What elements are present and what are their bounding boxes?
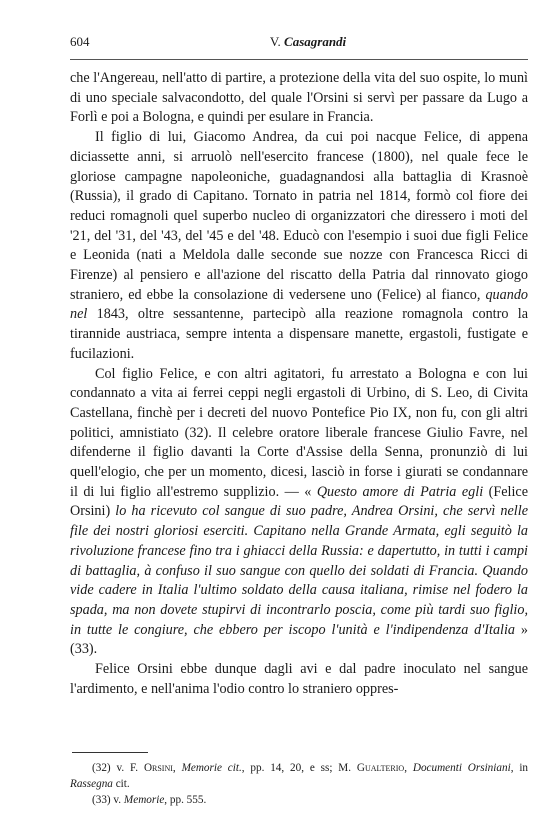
italic-quote-text: lo ha ricevuto col sangue di suo padre, …: [70, 503, 528, 637]
footnote-text: , pp. 555.: [164, 794, 206, 806]
footnote-text: ,: [404, 762, 413, 774]
author-initial: V.: [270, 34, 281, 49]
body-text: che l'Angereau, nell'atto di partire, a …: [70, 69, 528, 700]
footnote-rule: [72, 752, 148, 753]
body-paragraph: che l'Angereau, nell'atto di partire, a …: [70, 69, 528, 128]
footnote-text: Gualterio: [357, 762, 404, 774]
page-header: 604 V. Casagrandi: [70, 34, 528, 54]
italic-quote-text: Questo amore di Patria egli: [317, 484, 483, 500]
running-title: V. Casagrandi: [70, 34, 528, 50]
footnote-text: (33) v.: [92, 794, 124, 806]
header-rule: [70, 59, 528, 60]
paragraph-text: Felice Orsini ebbe dunque dagli avi e da…: [70, 661, 528, 697]
footnote-text: Memorie: [124, 794, 164, 806]
paragraph-text: Il figlio di lui, Giacomo Andrea, da cui…: [70, 129, 528, 303]
book-page: 604 V. Casagrandi che l'Angereau, nell'a…: [0, 0, 550, 829]
author-name: Casagrandi: [284, 34, 346, 49]
footnote-text: Rassegna: [70, 778, 113, 790]
footnote-text: cit.: [113, 778, 130, 790]
body-paragraph: Il figlio di lui, Giacomo Andrea, da cui…: [70, 128, 528, 364]
paragraph-text: che l'Angereau, nell'atto di partire, a …: [70, 70, 528, 125]
footnote: (32) v. F. Orsini, Memorie cit., pp. 14,…: [70, 760, 528, 792]
footnote-text: , in: [511, 762, 528, 774]
footnote-text: Orsini: [144, 762, 173, 774]
footnote: (33) v. Memorie, pp. 555.: [70, 792, 528, 808]
paragraph-text: 1843, oltre sessantenne, partecipò alla …: [70, 306, 528, 361]
footnote-text: Memorie cit.: [182, 762, 242, 774]
paragraph-text: Col figlio Felice, e con altri agitatori…: [70, 366, 528, 500]
footnote-text: Documenti Orsiniani: [413, 762, 511, 774]
body-paragraph: Felice Orsini ebbe dunque dagli avi e da…: [70, 660, 528, 699]
body-paragraph: Col figlio Felice, e con altri agitatori…: [70, 365, 528, 661]
footnote-text: (32) v. F.: [92, 762, 144, 774]
footnote-text: ,: [173, 762, 182, 774]
footnote-text: , pp. 14, 20, e ss; M.: [242, 762, 357, 774]
footnotes: (32) v. F. Orsini, Memorie cit., pp. 14,…: [70, 760, 528, 808]
